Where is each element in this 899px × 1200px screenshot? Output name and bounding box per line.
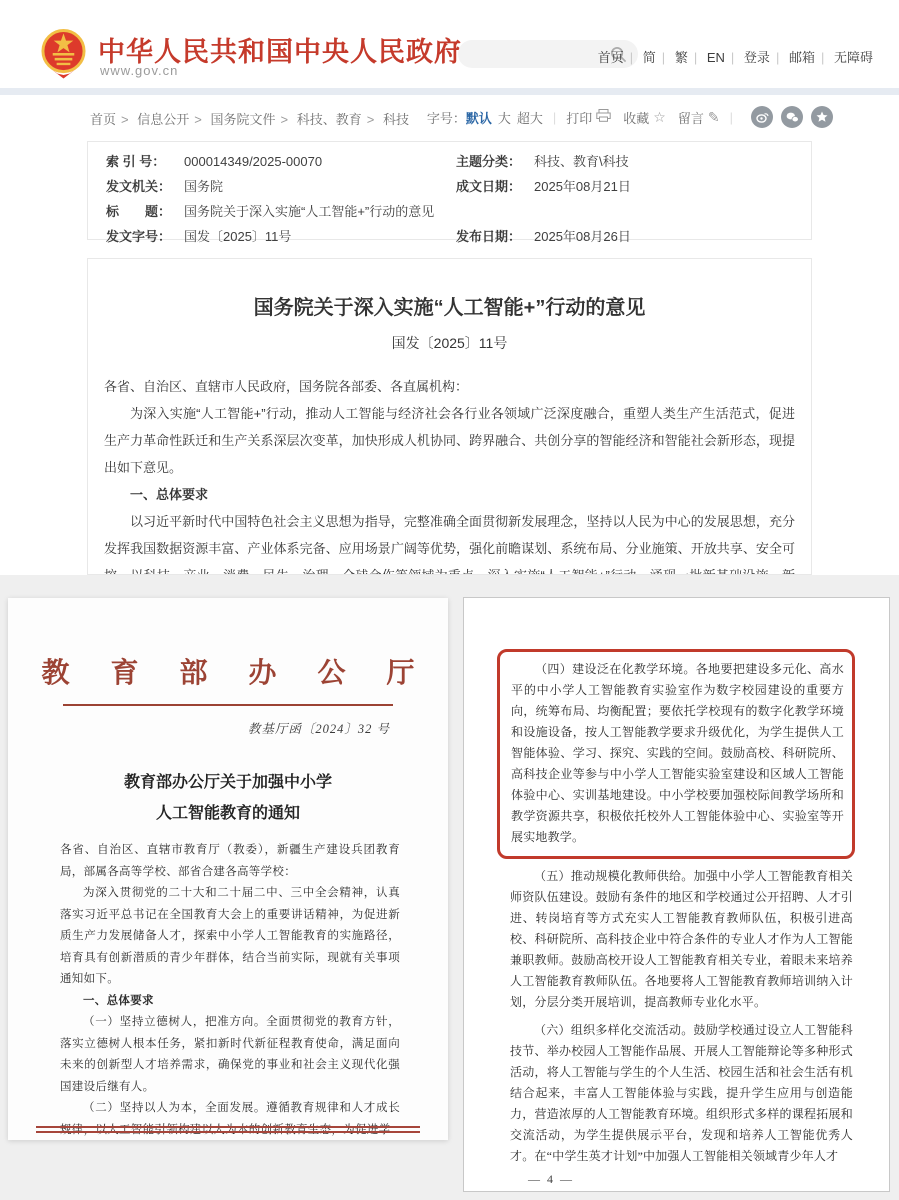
meta-pub-date-label: 发布日期： (456, 224, 534, 249)
article-paragraph: 为深入实施“人工智能+”行动，推动人工智能与经济社会各行业各领域广泛深度融合，重… (104, 400, 795, 481)
meta-index-value: 000014349/2025-00070 (184, 149, 322, 174)
nav-mail[interactable]: 邮箱 (789, 50, 815, 65)
doc-left-paragraph: （一）坚持立德树人，把准方向。全面贯彻党的教育方针，落实立德树人根本任务，紧扣新… (60, 1012, 400, 1098)
toolbar: 首页> 信息公开> 国务院文件> 科技、教育> 科技 字号： 默认 大 超大 |… (0, 100, 899, 134)
nav-separator: | (731, 50, 734, 65)
highlight-box: （四）建设泛在化教学环境。各地要把建设多元化、高水平的中小学人工智能教育实验室作… (497, 649, 855, 859)
breadcrumb-current: 科技 (383, 112, 409, 127)
meta-written-date-value: 2025年08月21日 (534, 174, 631, 199)
article-doc-number: 国发〔2025〕11号 (104, 333, 795, 353)
article-paragraph: 以习近平新时代中国特色社会主义思想为指导，完整准确全面贯彻新发展理念，坚持以人民… (104, 508, 795, 575)
page: 中华人民共和国中央人民政府 www.gov.cn 首页| 简| 繁| EN| 登… (0, 0, 899, 1200)
doc-left-title-line1: 教育部办公厅关于加强中小学 (8, 767, 448, 798)
nav-login[interactable]: 登录 (744, 50, 770, 65)
nav-separator: | (630, 50, 633, 65)
doc-left-doc-number: 教基厅函〔2024〕32 号 (8, 719, 448, 737)
doc-left-salutation: 各省、自治区、直辖市教育厅（教委），新疆生产建设兵团教育局，部属各高等学校、部省… (60, 840, 400, 883)
comment-button[interactable]: 留言 (678, 108, 704, 127)
article-body: 各省、自治区、直辖市人民政府，国务院各部委、各直属机构： 为深入实施“人工智能+… (104, 373, 795, 575)
doc-left-paragraph: （二）坚持以人为本，全面发展。遵循教育规律和人才成长规律，以人工智能引领构建以人… (60, 1098, 400, 1141)
search-input[interactable] (470, 44, 612, 66)
breadcrumb-separator: > (280, 112, 288, 127)
font-size-large-button[interactable]: 大 (498, 108, 511, 127)
doc-left-paragraph: 为深入贯彻党的二十大和二十届二中、三中全会精神，认真落实习近平总书记在全国教育大… (60, 883, 400, 991)
article-salutation: 各省、自治区、直辖市人民政府，国务院各部委、各直属机构： (104, 373, 795, 400)
toolbar-divider: | (553, 110, 556, 125)
scanned-doc-left: 教 育 部 办 公 厅 教基厅函〔2024〕32 号 教育部办公厅关于加强中小学… (8, 598, 448, 1140)
meta-issuer-label: 发文机关： (106, 174, 184, 199)
breadcrumb-docs[interactable]: 国务院文件 (210, 112, 275, 127)
doc-right-paragraph: （六）组织多样化交流活动。鼓励学校通过设立人工智能科技节、举办校园人工智能作品展… (510, 1020, 853, 1167)
breadcrumb-category[interactable]: 科技、教育 (297, 112, 362, 127)
document-meta-card: 索 引 号： 000014349/2025-00070 主题分类： 科技、教育\… (87, 141, 812, 240)
article-title: 国务院关于深入实施“人工智能+”行动的意见 (104, 291, 795, 320)
site-url: www.gov.cn (100, 63, 178, 78)
breadcrumb-separator: > (367, 112, 375, 127)
nav-separator: | (821, 50, 824, 65)
article-section-heading: 一、总体要求 (104, 481, 795, 508)
meta-doc-no-label: 发文字号： (106, 224, 184, 249)
nav-accessibility[interactable]: 无障碍 (834, 50, 873, 65)
doc-right-boxed-paragraph: （四）建设泛在化教学环境。各地要把建设多元化、高水平的中小学人工智能教育实验室作… (511, 659, 844, 848)
weibo-share-icon[interactable] (751, 106, 773, 128)
meta-pub-date-value: 2025年08月26日 (534, 224, 631, 249)
meta-issuer-value: 国务院 (184, 174, 223, 199)
national-emblem-icon (40, 25, 87, 81)
print-button[interactable]: 打印 (566, 108, 592, 127)
meta-title-value: 国务院关于深入实施“人工智能+”行动的意见 (184, 199, 434, 224)
meta-category-label: 主题分类： (456, 149, 534, 174)
nav-separator: | (694, 50, 697, 65)
scanned-doc-right: （四）建设泛在化教学环境。各地要把建设多元化、高水平的中小学人工智能教育实验室作… (463, 597, 890, 1192)
doc-left-body: 各省、自治区、直辖市教育厅（教委），新疆生产建设兵团教育局，部属各高等学校、部省… (8, 840, 448, 1141)
font-size-label: 字号： (427, 108, 466, 127)
attachments-area: 教 育 部 办 公 厅 教基厅函〔2024〕32 号 教育部办公厅关于加强中小学… (0, 575, 899, 1200)
nav-home[interactable]: 首页 (598, 50, 624, 65)
favorite-button[interactable]: 收藏 (623, 108, 649, 127)
nav-separator: | (662, 50, 665, 65)
doc-left-red-rule (63, 704, 393, 706)
article-card: 国务院关于深入实施“人工智能+”行动的意见 国发〔2025〕11号 各省、自治区… (87, 258, 812, 575)
star-icon[interactable] (653, 109, 666, 126)
meta-written-date-label: 成文日期： (456, 174, 534, 199)
tool-cluster: 字号： 默认 大 超大 | 打印 收藏 留言 | (427, 106, 833, 128)
doc-right-paragraph: （五）推动规模化教师供给。加强中小学人工智能教育相关师资队伍建设。鼓励有条件的地… (510, 866, 853, 1013)
doc-left-footer-rule (36, 1126, 420, 1133)
doc-right-page-number: — 4 — (528, 1172, 889, 1187)
font-size-default-button[interactable]: 默认 (466, 108, 492, 127)
meta-index-label: 索 引 号： (106, 149, 184, 174)
header-divider (0, 88, 899, 95)
toolbar-divider: | (730, 110, 733, 125)
doc-left-title: 教育部办公厅关于加强中小学 人工智能教育的通知 (8, 767, 448, 829)
breadcrumb-home[interactable]: 首页 (90, 112, 116, 127)
breadcrumb: 首页> 信息公开> 国务院文件> 科技、教育> 科技 (90, 109, 414, 128)
breadcrumb-separator: > (121, 112, 129, 127)
meta-doc-no-value: 国发〔2025〕11号 (184, 224, 291, 249)
doc-left-agency-name: 教 育 部 办 公 厅 (8, 651, 448, 691)
doc-left-title-line2: 人工智能教育的通知 (8, 798, 448, 829)
printer-icon[interactable] (596, 109, 611, 125)
qzone-share-icon[interactable] (811, 106, 833, 128)
breadcrumb-separator: > (194, 112, 202, 127)
breadcrumb-info[interactable]: 信息公开 (137, 112, 189, 127)
meta-category-value: 科技、教育\科技 (534, 149, 629, 174)
nav-traditional[interactable]: 繁 (675, 50, 688, 65)
pencil-icon[interactable] (708, 109, 720, 126)
site-header: 中华人民共和国中央人民政府 www.gov.cn 首页| 简| 繁| EN| 登… (0, 0, 899, 88)
nav-english[interactable]: EN (707, 50, 725, 65)
meta-title-label: 标 题： (106, 199, 184, 224)
font-size-xlarge-button[interactable]: 超大 (517, 108, 543, 127)
wechat-share-icon[interactable] (781, 106, 803, 128)
top-nav: 首页| 简| 繁| EN| 登录| 邮箱| 无障碍 (594, 47, 877, 66)
nav-simplified[interactable]: 简 (643, 50, 656, 65)
nav-separator: | (776, 50, 779, 65)
doc-left-section-heading: 一、总体要求 (60, 991, 400, 1013)
